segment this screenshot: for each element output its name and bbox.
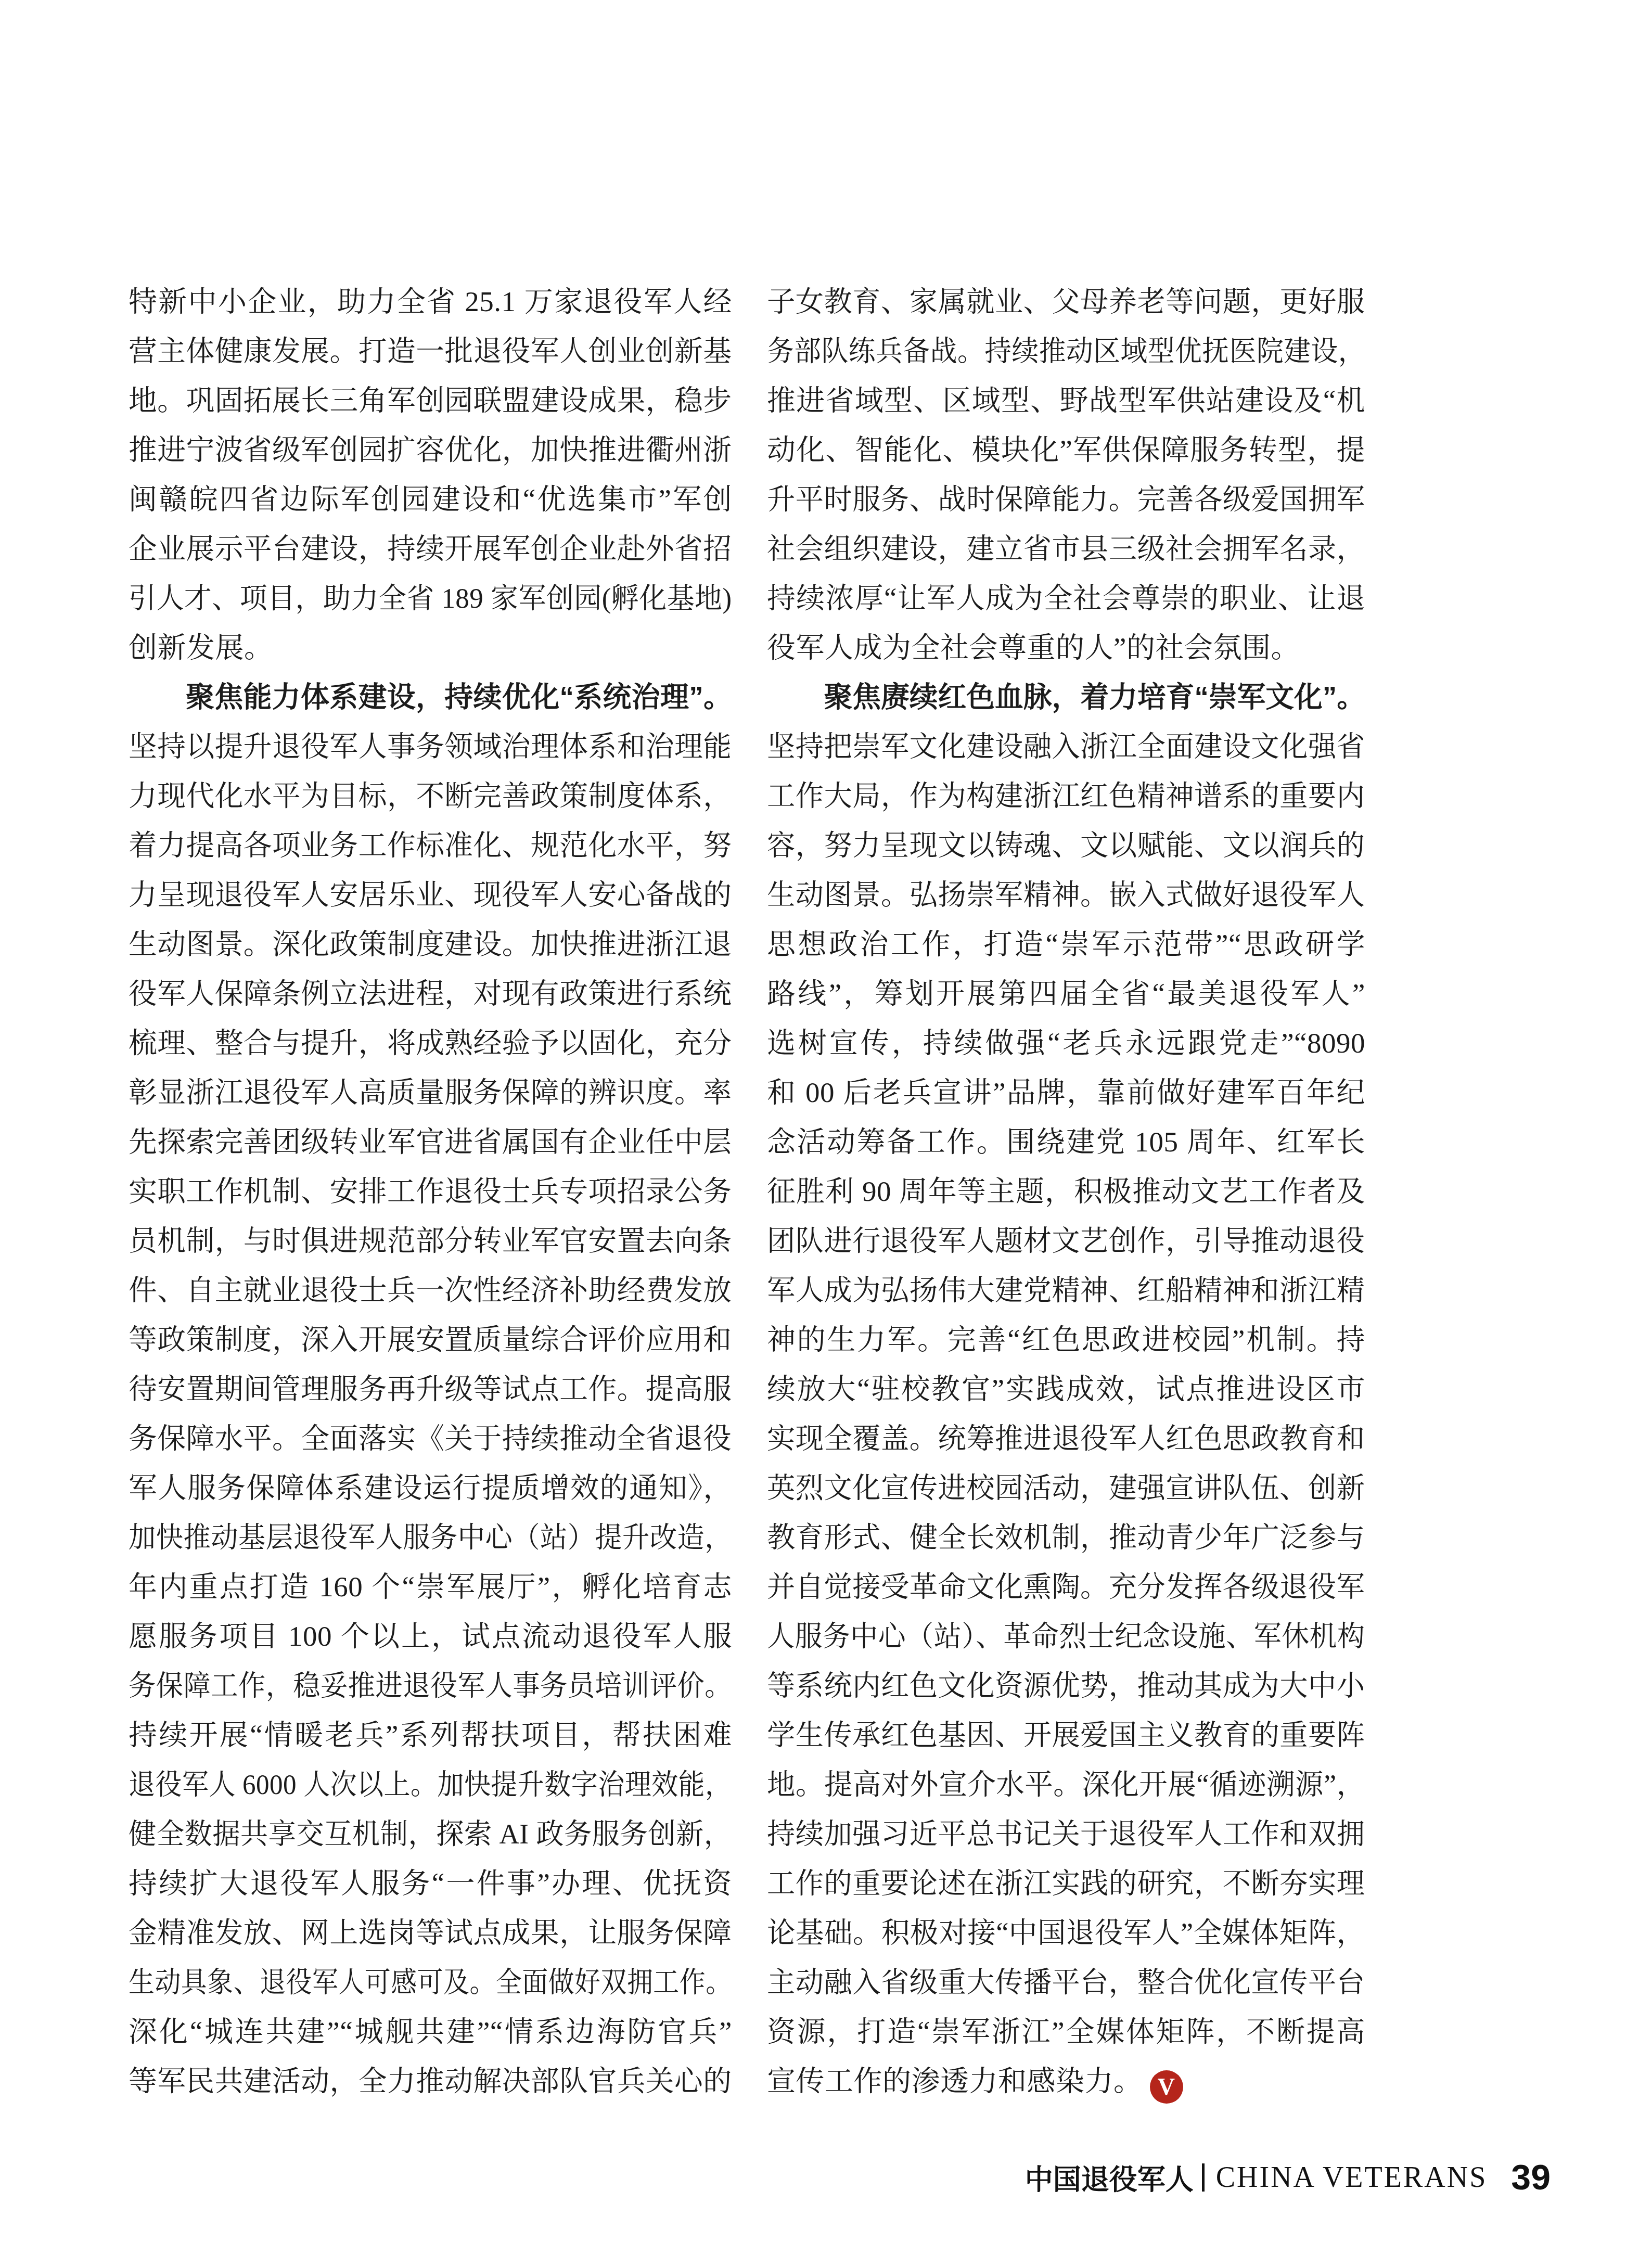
text-line: 生动图景。弘扬崇军精神。嵌入式做好退役军人: [767, 870, 1357, 919]
text-line: 闽赣皖四省边际军创园建设和“优选集市”军创: [129, 475, 732, 524]
text-line: 件、自主就业退役士兵一次性经济补助经费发放: [129, 1265, 729, 1315]
text-line: 社会组织建设，建立省市县三级社会拥军名录，: [767, 524, 1357, 573]
text-line: 彰显浙江退役军人高质量服务保障的辨识度。率: [129, 1068, 729, 1117]
text-line: 愿服务项目 100 个以上，试点流动退役军人服: [129, 1611, 732, 1661]
text-line: 坚持把崇军文化建设融入浙江全面建设文化强省: [767, 722, 1357, 771]
text-line: 务保障水平。全面落实《关于持续推动全省退役: [129, 1414, 729, 1463]
text-line: 人服务中心（站）、革命烈士纪念设施、军休机构: [767, 1611, 1343, 1661]
text-line: 年内重点打造 160 个“崇军展厅”，孵化培育志: [129, 1562, 732, 1611]
text-line: 企业展示平台建设，持续开展军创企业赴外省招: [129, 524, 729, 573]
text-line: 实现全覆盖。统筹推进退役军人红色思政教育和: [767, 1414, 1357, 1463]
text-line: 力现代化水平为目标，不断完善政策制度体系，: [129, 771, 729, 821]
text-line: 金精准发放、网上选岗等试点成果，让服务保障: [129, 1908, 729, 1957]
magazine-page: 特新中小企业，助力全省 25.1 万家退役军人经营主体健康发展。打造一批退役军人…: [0, 0, 1652, 2242]
text-line: 梳理、整合与提升，将成熟经验予以固化，充分: [129, 1018, 729, 1068]
article-column-left: 特新中小企业，助力全省 25.1 万家退役军人经营主体健康发展。打造一批退役军人…: [129, 277, 732, 2106]
text-line: 实职工作机制、安排工作退役士兵专项招录公务: [129, 1167, 729, 1216]
text-line: 路线”，筹划开展第四届全省“最美退役军人”: [767, 969, 1365, 1018]
text-line: 创新发展。: [129, 623, 732, 672]
text-line: 资源，打造“崇军浙江”全媒体矩阵，不断提高: [767, 2007, 1365, 2056]
text-line: 和 00 后老兵宣讲”品牌，靠前做好建军百年纪: [767, 1068, 1365, 1117]
text-line: 健全数据共享交互机制，探索 AI 政务服务创新，: [129, 1809, 713, 1859]
text-line: 念活动筹备工作。围绕建党 105 周年、红军长: [767, 1117, 1365, 1167]
magazine-name-en: CHINA VETERANS: [1216, 2161, 1488, 2194]
text-line: 工作的重要论述在浙江实践的研究，不断夯实理: [767, 1859, 1357, 1908]
text-line: 升平时服务、战时保障能力。完善各级爱国拥军: [767, 475, 1357, 524]
text-line: 持续加强习近平总书记关于退役军人工作和双拥: [767, 1809, 1357, 1859]
text-line: 务部队练兵备战。持续推动区域型优抚医院建设，: [767, 326, 1330, 376]
text-line: 学生传承红色基因、开展爱国主义教育的重要阵: [767, 1710, 1357, 1760]
text-line: 持续扩大退役军人服务“一件事”办理、优抚资: [129, 1859, 732, 1908]
text-line: 着力提高各项业务工作标准化、规范化水平，努: [129, 821, 729, 870]
page-number: 39: [1511, 2157, 1551, 2198]
text-line: 营主体健康发展。打造一批退役军人创业创新基: [129, 326, 729, 376]
text-line: 特新中小企业，助力全省 25.1 万家退役军人经: [129, 277, 732, 326]
text-line: 宣传工作的渗透力和感染力。V: [767, 2056, 1365, 2106]
text-line: 工作大局，作为构建浙江红色精神谱系的重要内: [767, 771, 1357, 821]
text-line: 容，努力呈现文以铸魂、文以赋能、文以润兵的: [767, 821, 1357, 870]
text-line: 军人成为弘扬伟大建党精神、红船精神和浙江精: [767, 1265, 1357, 1315]
text-line: 教育形式、健全长效机制，推动青少年广泛参与: [767, 1513, 1357, 1562]
text-line: 推进省域型、区域型、野战型军供站建设及“机: [767, 376, 1365, 425]
text-line: 主动融入省级重大传播平台，整合优化宣传平台: [767, 1957, 1357, 2007]
text-line: 征胜利 90 周年等主题，积极推动文艺工作者及: [767, 1167, 1365, 1216]
article-column-right: 子女教育、家属就业、父母养老等问题，更好服务部队练兵备战。持续推动区域型优抚医院…: [767, 277, 1365, 2106]
article-end-mark-icon: V: [1150, 2070, 1183, 2104]
text-line: 生动具象、退役军人可感可及。全面做好双拥工作。: [129, 1957, 677, 2007]
text-line: 深化“城连共建”“城舰共建”“情系边海防官兵”: [129, 2007, 732, 2056]
paragraph-heading-line: 聚焦赓续红色血脉，着力培育“崇军文化”。: [767, 672, 1363, 722]
text-line: 子女教育、家属就业、父母养老等问题，更好服: [767, 277, 1357, 326]
text-line: 力呈现退役军人安居乐业、现役军人安心备战的: [129, 870, 729, 919]
text-line: 加快推动基层退役军人服务中心（站）提升改造，: [129, 1513, 702, 1562]
text-line: 思想政治工作，打造“崇军示范带”“思政研学: [767, 919, 1365, 969]
footer-divider: [1202, 2163, 1205, 2192]
text-line: 军人服务保障体系建设运行提质增效的通知》，: [129, 1463, 732, 1513]
text-line: 退役军人 6000 人次以上。加快提升数字治理效能，: [129, 1760, 688, 1809]
text-line: 等政策制度，深入开展安置质量综合评价应用和: [129, 1315, 729, 1364]
text-line: 续放大“驻校教官”实践成效，试点推进设区市: [767, 1364, 1365, 1414]
text-line: 引人才、项目，助力全省 189 家军创园(孵化基地): [129, 573, 710, 623]
text-line: 持续浓厚“让军人成为全社会尊崇的职业、让退: [767, 573, 1365, 623]
text-line: 先探索完善团级转业军官进省属国有企业任中层: [129, 1117, 729, 1167]
text-line: 并自觉接受革命文化熏陶。充分发挥各级退役军: [767, 1562, 1357, 1611]
page-footer: 中国退役军人 CHINA VETERANS 39: [1025, 2157, 1551, 2198]
text-line: 役军人成为全社会尊重的人”的社会氛围。: [767, 623, 1365, 672]
text-line: 员机制，与时俱进规范部分转业军官安置去向条: [129, 1216, 729, 1265]
paragraph-heading-line: 聚焦能力体系建设，持续优化“系统治理”。: [129, 672, 732, 722]
text-line: 动化、智能化、模块化”军供保障服务转型，提: [767, 425, 1365, 475]
text-line: 推进宁波省级军创园扩容优化，加快推进衢州浙: [129, 425, 729, 475]
text-line: 等军民共建活动，全力推动解决部队官兵关心的: [129, 2056, 729, 2106]
text-line: 英烈文化宣传进校园活动，建强宣讲队伍、创新: [767, 1463, 1357, 1513]
text-line: 役军人保障条例立法进程，对现有政策进行系统: [129, 969, 729, 1018]
text-line: 团队进行退役军人题材文艺创作，引导推动退役: [767, 1216, 1357, 1265]
text-line: 待安置期间管理服务再升级等试点工作。提高服: [129, 1364, 729, 1414]
text-line: 神的生力军。完善“红色思政进校园”机制。持: [767, 1315, 1365, 1364]
magazine-name-cn: 中国退役军人: [1025, 2158, 1194, 2198]
text-line: 务保障工作，稳妥推进退役军人事务员培训评价。: [129, 1661, 702, 1710]
text-line: 地。提高对外宣介水平。深化开展“循迹溯源”，: [767, 1760, 1360, 1809]
text-line: 生动图景。深化政策制度建设。加快推进浙江退: [129, 919, 729, 969]
text-line: 论基础。积极对接“中国退役军人”全媒体矩阵，: [767, 1908, 1360, 1957]
text-line: 地。巩固拓展长三角军创园联盟建设成果，稳步: [129, 376, 729, 425]
text-line: 等系统内红色文化资源优势，推动其成为大中小: [767, 1661, 1357, 1710]
text-line: 坚持以提升退役军人事务领域治理体系和治理能: [129, 722, 729, 771]
text-line: 持续开展“情暖老兵”系列帮扶项目，帮扶困难: [129, 1710, 732, 1760]
text-line: 选树宣传，持续做强“老兵永远跟党走”“8090: [767, 1018, 1365, 1068]
